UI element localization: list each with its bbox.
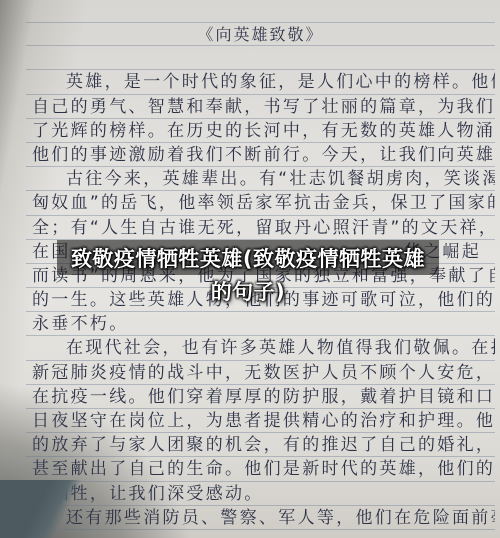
essay-line-11: 永垂不朽。 xyxy=(26,312,495,336)
essay-line-15: 日夜坚守在岗位上，为患者提供精心的治疗和护理。他们有 xyxy=(26,409,495,433)
caption-line-1: 致敬疫情牺牲英雄(致敬疫情牺牲英雄 xyxy=(57,240,439,275)
essay-line-7: 全；有“人生自古谁无死，留取丹心照汗青”的文天祥，他 xyxy=(26,216,495,240)
essay-line-3: 了光辉的榜样。在历史的长河中，有无数的英雄人物涌现， xyxy=(26,119,495,143)
essay-line-16: 的放弃了与家人团聚的机会，有的推迟了自己的婚礼，有的 xyxy=(26,433,495,457)
blank-line xyxy=(26,46,495,70)
essay-line-13: 新冠肺炎疫情的战斗中，无数医护人员不顾个人安危，奋战 xyxy=(26,361,495,385)
desk-corner-shadow xyxy=(0,480,100,538)
essay-line-17: 甚至献出了自己的生命。他们是新时代的英雄，他们的奉献 xyxy=(26,457,495,481)
essay-line-2: 自己的勇气、智慧和奉献，书写了壮丽的篇章，为我们树立 xyxy=(26,95,495,119)
caption-line-2: 的句子) xyxy=(57,276,439,306)
handwritten-essay-photo: 《向英雄致敬》 英雄，是一个时代的象征，是人们心中的榜样。他们用 自己的勇气、智… xyxy=(0,0,500,538)
essay-title: 《向英雄致敬》 xyxy=(26,22,495,46)
essay-line-14: 在抗疫一线。他们穿着厚厚的防护服，戴着护目镜和口罩， xyxy=(26,385,495,409)
essay-line-5: 古往今来，英雄辈出。有“壮志饥餐胡虏肉，笑谈渴饮 xyxy=(26,167,495,191)
essay-line-6: 匈奴血”的岳飞，他率领岳家军抗击金兵，保卫了国家的安 xyxy=(26,191,495,215)
essay-line-4: 他们的事迹激励着我们不断前行。今天，让我们向英雄致敬。 xyxy=(26,143,495,167)
essay-line-1: 英雄，是一个时代的象征，是人们心中的榜样。他们用 xyxy=(26,70,495,94)
caption-overlay: 致敬疫情牺牲英雄(致敬疫情牺牲英雄 的句子) xyxy=(57,240,439,306)
essay-line-12: 在现代社会，也有许多英雄人物值得我们敬佩。在抗击 xyxy=(26,336,495,360)
